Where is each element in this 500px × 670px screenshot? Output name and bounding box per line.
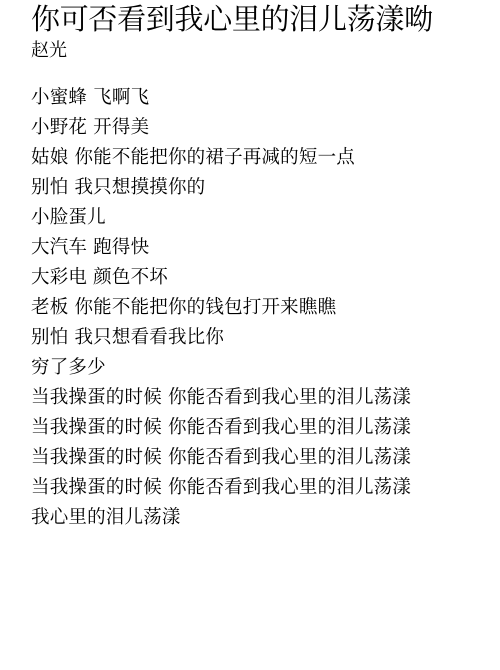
lyric-line: 我心里的泪儿荡漾 xyxy=(31,503,500,533)
lyric-line: 大汽车 跑得快 xyxy=(31,233,500,263)
lyric-line: 小野花 开得美 xyxy=(31,113,500,143)
lyric-line: 当我操蛋的时候 你能否看到我心里的泪儿荡漾 xyxy=(31,443,500,473)
lyric-line: 当我操蛋的时候 你能否看到我心里的泪儿荡漾 xyxy=(31,383,500,413)
lyric-line: 穷了多少 xyxy=(31,353,500,383)
song-title: 你可否看到我心里的泪儿荡漾呦 xyxy=(31,0,500,37)
lyric-line: 别怕 我只想看看我比你 xyxy=(31,323,500,353)
lyric-line: 当我操蛋的时候 你能否看到我心里的泪儿荡漾 xyxy=(31,473,500,503)
lyrics-list: 小蜜蜂 飞啊飞 小野花 开得美 姑娘 你能不能把你的裙子再减的短一点 别怕 我只… xyxy=(31,83,500,533)
lyric-line: 老板 你能不能把你的钱包打开来瞧瞧 xyxy=(31,293,500,323)
lyric-line: 小蜜蜂 飞啊飞 xyxy=(31,83,500,113)
lyrics-page: 你可否看到我心里的泪儿荡漾呦 赵光 小蜜蜂 飞啊飞 小野花 开得美 姑娘 你能不… xyxy=(31,0,500,533)
lyric-line: 小脸蛋儿 xyxy=(31,203,500,233)
lyric-line: 当我操蛋的时候 你能否看到我心里的泪儿荡漾 xyxy=(31,413,500,443)
lyric-line: 姑娘 你能不能把你的裙子再减的短一点 xyxy=(31,143,500,173)
lyric-line: 大彩电 颜色不坏 xyxy=(31,263,500,293)
song-artist: 赵光 xyxy=(31,39,500,63)
lyric-line: 别怕 我只想摸摸你的 xyxy=(31,173,500,203)
